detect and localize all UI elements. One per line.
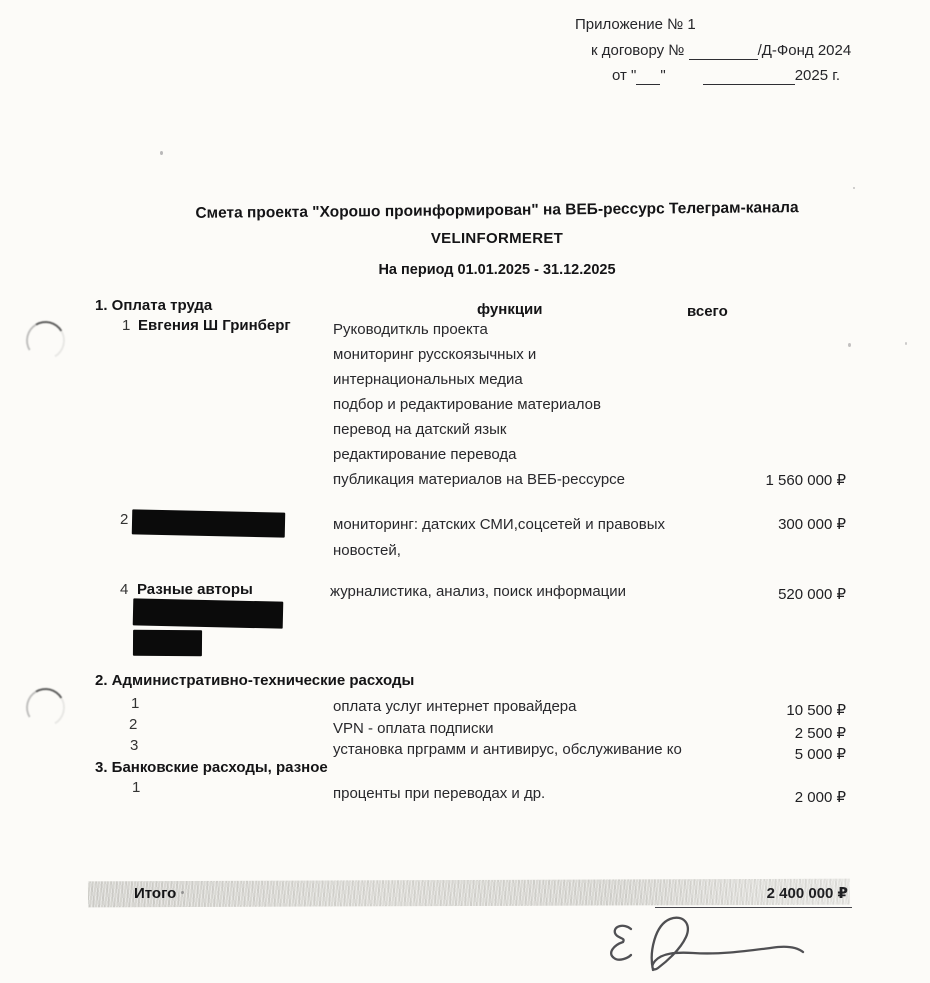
row1-function-item: перевод на датский язык xyxy=(333,417,625,442)
section2-heading: 2. Административно-технические расходы xyxy=(95,671,414,690)
column-header-total: всего xyxy=(687,302,728,321)
scan-artifact xyxy=(905,342,907,345)
row2-function-item: мониторинг: датских СМИ,соцсетей и право… xyxy=(333,512,665,538)
section2-item-desc: оплата услуг интернет провайдера xyxy=(333,698,577,715)
total-label: Итого xyxy=(134,884,176,903)
contract-number-blank xyxy=(689,45,758,60)
row1-number: 1 xyxy=(122,317,130,334)
section3-item-amount: 2 000 ₽ xyxy=(626,788,846,806)
row3-function-item: журналистика, анализ, поиск информации xyxy=(330,583,626,600)
row1-person-name: Евгения Ш Гринберг xyxy=(138,316,291,335)
row1-function-item: публикация материалов на ВЕБ-рессурсе xyxy=(333,467,625,492)
row1-function-item: подбор и редактирование материалов xyxy=(333,392,625,417)
row3-amount: 520 000 ₽ xyxy=(626,585,846,603)
section3-item-number: 1 xyxy=(132,779,140,796)
hole-punch-bottom-icon xyxy=(22,684,69,731)
signature-rule xyxy=(655,907,852,908)
row2-function-item: новостей, xyxy=(333,538,665,564)
signature xyxy=(598,912,813,974)
row2-number: 2 xyxy=(120,511,128,528)
title-block: Смета проекта "Хорошо проинформирован" н… xyxy=(64,201,930,279)
section3-item-desc: проценты при переводах и др. xyxy=(333,785,545,802)
scanned-budget-document: Приложение № 1 к договору № /Д-Фонд 2024… xyxy=(0,0,930,983)
row3-number: 4 xyxy=(120,581,128,598)
section1-heading: 1. Оплата труда xyxy=(95,296,212,315)
scan-artifact xyxy=(853,187,855,189)
date-month-blank xyxy=(703,70,795,85)
section2-item-amount: 2 500 ₽ xyxy=(626,724,846,742)
date-close-quote: " xyxy=(660,66,665,85)
date-line: от ""2025 г. xyxy=(612,66,840,85)
row3-group-name: Разные авторы xyxy=(137,580,253,599)
row1-function-item: Руководиткль проекта xyxy=(333,317,625,342)
section2-item-number: 3 xyxy=(130,737,138,754)
row2-functions-list: мониторинг: датских СМИ,соцсетей и право… xyxy=(333,512,665,564)
row1-function-item: интернациональных медиа xyxy=(333,367,625,392)
section2-item-desc: VPN - оплата подписки xyxy=(333,720,493,737)
row1-functions-list: Руководиткль проекта мониторинг русскояз… xyxy=(333,317,625,492)
hole-punch-top-icon xyxy=(22,317,69,364)
period-line: На период 01.01.2025 - 31.12.2025 xyxy=(64,261,930,279)
section2-item-number: 1 xyxy=(131,695,139,712)
contract-suffix: /Д-Фонд 2024 xyxy=(758,41,852,60)
scan-artifact xyxy=(848,343,851,347)
date-gap xyxy=(666,84,703,85)
appendix-line: Приложение № 1 xyxy=(575,15,696,34)
row1-function-item: мониторинг русскоязычных и xyxy=(333,342,625,367)
section2-item-number: 2 xyxy=(129,716,137,733)
scan-artifact xyxy=(333,476,336,479)
contract-line: к договору № /Д-Фонд 2024 xyxy=(591,41,851,60)
date-day-blank xyxy=(636,70,660,85)
redaction-bar xyxy=(133,598,284,628)
section2-item-amount: 5 000 ₽ xyxy=(626,745,846,763)
scan-artifact xyxy=(160,151,163,155)
row1-function-item: редактирование перевода xyxy=(333,442,625,467)
date-label: от " xyxy=(612,66,636,85)
redaction-bar xyxy=(132,509,285,537)
row2-amount: 300 000 ₽ xyxy=(626,515,846,533)
row1-amount: 1 560 000 ₽ xyxy=(626,471,846,489)
section2-item-amount: 10 500 ₽ xyxy=(626,701,846,719)
channel-name: VELINFORMERET xyxy=(64,229,930,248)
section3-heading: 3. Банковские расходы, разное xyxy=(95,758,328,777)
scan-artifact xyxy=(181,891,184,894)
redaction-bar xyxy=(133,630,202,656)
contract-label: к договору № xyxy=(591,41,689,60)
date-year: 2025 г. xyxy=(795,66,840,85)
document-title: Смета проекта "Хорошо проинформирован" н… xyxy=(64,197,930,224)
total-amount: 2 400 000 ₽ xyxy=(628,884,848,902)
